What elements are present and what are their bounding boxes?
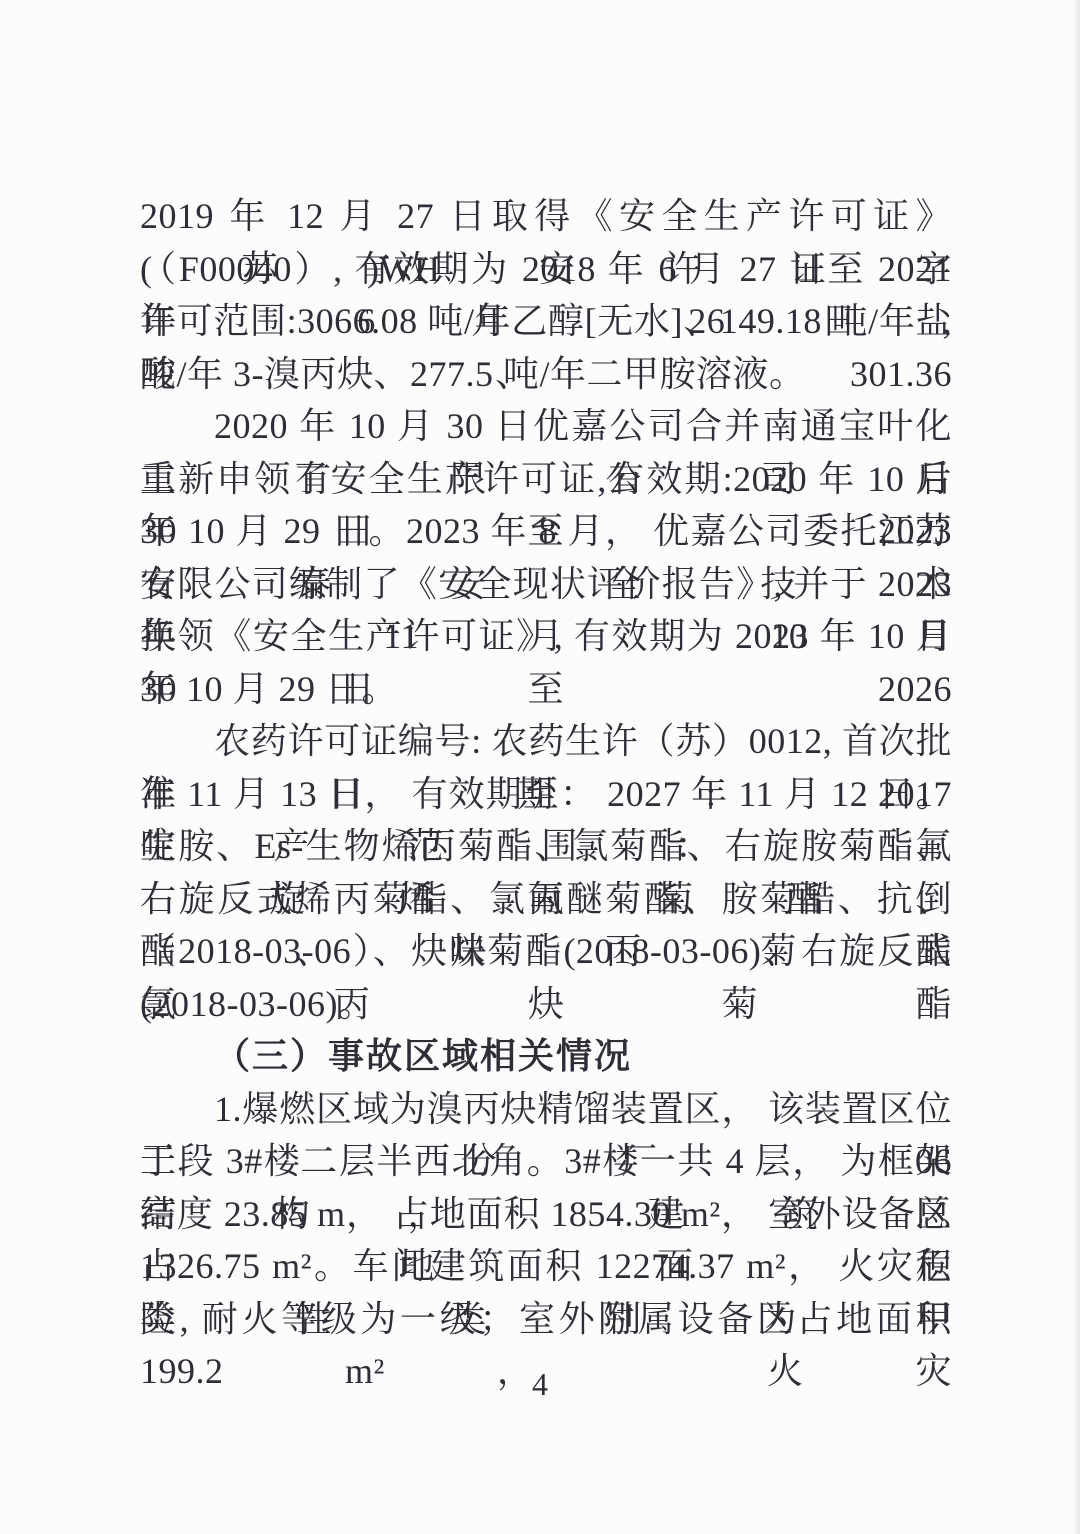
- page-number: 4: [0, 1362, 1080, 1406]
- text-line: 右旋反式烯丙菊酯、氯氟醚菊酯、胺菊酷、抗倒酯、炔丙菊酯: [140, 873, 952, 926]
- text-line: 年 11 月 13 日， 有效期至： 2027 年 11 月 12 日。生产范围…: [140, 768, 952, 821]
- text-line: 类, 耐火等级为一级；室外附属设备区占地面积 199.2 m²， 火灾: [140, 1293, 952, 1346]
- document-page: 2019 年 12 月 27 日取得《安全生产许可证》(苏)WH 安许证字 （F…: [0, 0, 1080, 1534]
- scan-edge-shading: [1073, 0, 1080, 1534]
- text-line: （2018-03-06）、炔咪菊酯(2018-03-06)、右旋反式氯丙炔菊酯: [140, 925, 952, 978]
- text-line: 高度 23.85 m， 占地面积 1854.30 m²， 室外设备区占地面积: [140, 1188, 952, 1241]
- text-line: 1.爆燃区域为溴丙炔精馏装置区， 该装置区位于二分厂 06: [140, 1083, 952, 1136]
- text-line: 农药许可证编号: 农药生许（苏）0012, 首次批准日期: 2017: [140, 715, 952, 768]
- text-line: 2020 年 10 月 30 日优嘉公司合并南通宝叶化工有限公司后: [140, 400, 952, 453]
- text-line: 啶胺、Es-生物烯丙菊酯、氯菊酯、右旋胺菊酯、右旋烯丙菊酯、: [140, 820, 952, 873]
- text-line: 换领《安全生产许可证》, 有效期为 2023 年 10 月 30 日至 2026: [140, 610, 952, 663]
- section-heading: （三）事故区域相关情况: [140, 1030, 952, 1083]
- text-line: 1326.75 m²。车间建筑面积 12274.37 m²， 火灾危险性类别为甲: [140, 1240, 952, 1293]
- text-line: 2019 年 12 月 27 日取得《安全生产许可证》(苏)WH 安许证字: [140, 190, 952, 243]
- text-line: （F00040）, 有效期为 2018 年 6 月 27 日至 2021 年 6…: [140, 243, 952, 296]
- text-line: 许可范围:3066.08 吨/年乙醇[无水]、149.18 吨/年盐酸、301.…: [140, 295, 952, 348]
- text-line: 工段 3#楼二层半西北角。3#楼一共 4 层， 为框架结构， 建筑总: [140, 1135, 952, 1188]
- text-line: 有限公司编制了《安全现状评价报告》, 并于 2023 年 11 月 10 日: [140, 558, 952, 611]
- text-line: 年 10 月 29 日。2023 年 8 月， 优嘉公司委托江苏安泰安全技术: [140, 505, 952, 558]
- text-line: 重新申领了安全生产许可证,有效期:2020 年 10 月 30 日至 2023: [140, 453, 952, 506]
- document-body: 2019 年 12 月 27 日取得《安全生产许可证》(苏)WH 安许证字 （F…: [140, 190, 952, 1345]
